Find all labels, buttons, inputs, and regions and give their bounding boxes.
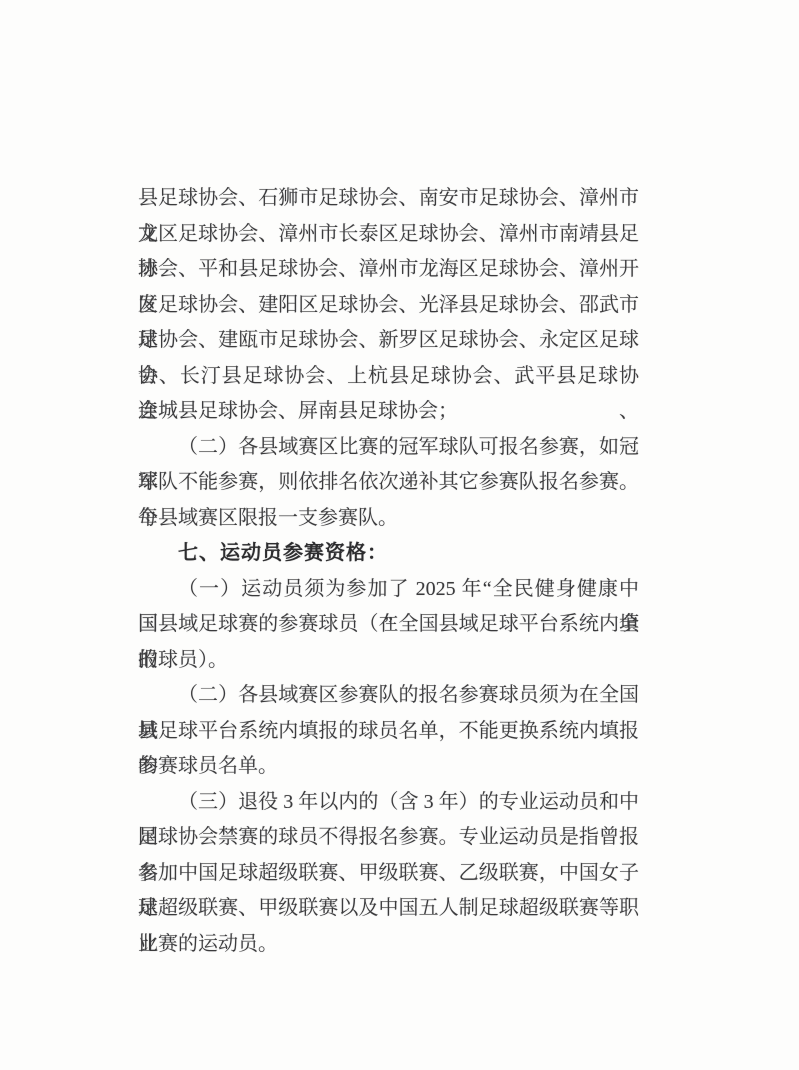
document-line: 区足球协会、建阳区足球协会、光泽县足球协会、邵武市足	[138, 288, 639, 324]
document-line: 参加中国足球超级联赛、甲级联赛、乙级联赛，中国女子足	[138, 856, 639, 892]
document-line: 的球员）。	[138, 643, 639, 679]
document-line: 参赛球员名单。	[138, 749, 639, 785]
document-line: 球协会、建瓯市足球协会、新罗区足球协会、永定区足球协	[138, 323, 639, 359]
document-line: 球超级联赛、甲级联赛以及中国五人制足球超级联赛等职业	[138, 891, 639, 927]
document-line: 个县域赛区限报一支参赛队。	[138, 501, 639, 537]
scanned-document-page: 县足球协会、石狮市足球协会、南安市足球协会、漳州市龙 文区足球协会、漳州市长泰区…	[0, 0, 799, 1070]
document-line: 域足球平台系统内填报的球员名单，不能更换系统内填报的	[138, 714, 639, 750]
document-line: 比赛的运动员。	[138, 927, 639, 963]
document-text-block: 县足球协会、石狮市足球协会、南安市足球协会、漳州市龙 文区足球协会、漳州市长泰区…	[138, 181, 639, 962]
paragraph-first-line: （二）各县域赛区比赛的冠军球队可报名参赛，如冠军	[138, 430, 639, 466]
document-line: 国县域足球赛的参赛球员（在全国县域足球平台系统内填报	[138, 607, 639, 643]
document-line: 足球协会禁赛的球员不得报名参赛。专业运动员是指曾报名	[138, 820, 639, 856]
document-line: 县足球协会、石狮市足球协会、南安市足球协会、漳州市龙	[138, 181, 639, 217]
section-heading: 七、运动员参赛资格：	[138, 536, 639, 572]
paragraph-first-line: （一）运动员须为参加了 2025 年“全民健身健康中国”全	[138, 572, 639, 608]
paragraph-first-line: （二）各县域赛区参赛队的报名参赛球员须为在全国县	[138, 678, 639, 714]
document-line: 球队不能参赛，则依排名依次递补其它参赛队报名参赛。每	[138, 465, 639, 501]
paragraph-first-line: （三）退役 3 年以内的（含 3 年）的专业运动员和中国	[138, 785, 639, 821]
document-line: 协会、平和县足球协会、漳州市龙海区足球协会、漳州开发	[138, 252, 639, 288]
document-line: 文区足球协会、漳州市长泰区足球协会、漳州市南靖县足球	[138, 217, 639, 253]
document-line: 会、长汀县足球协会、上杭县足球协会、武平县足球协会、	[138, 359, 639, 395]
